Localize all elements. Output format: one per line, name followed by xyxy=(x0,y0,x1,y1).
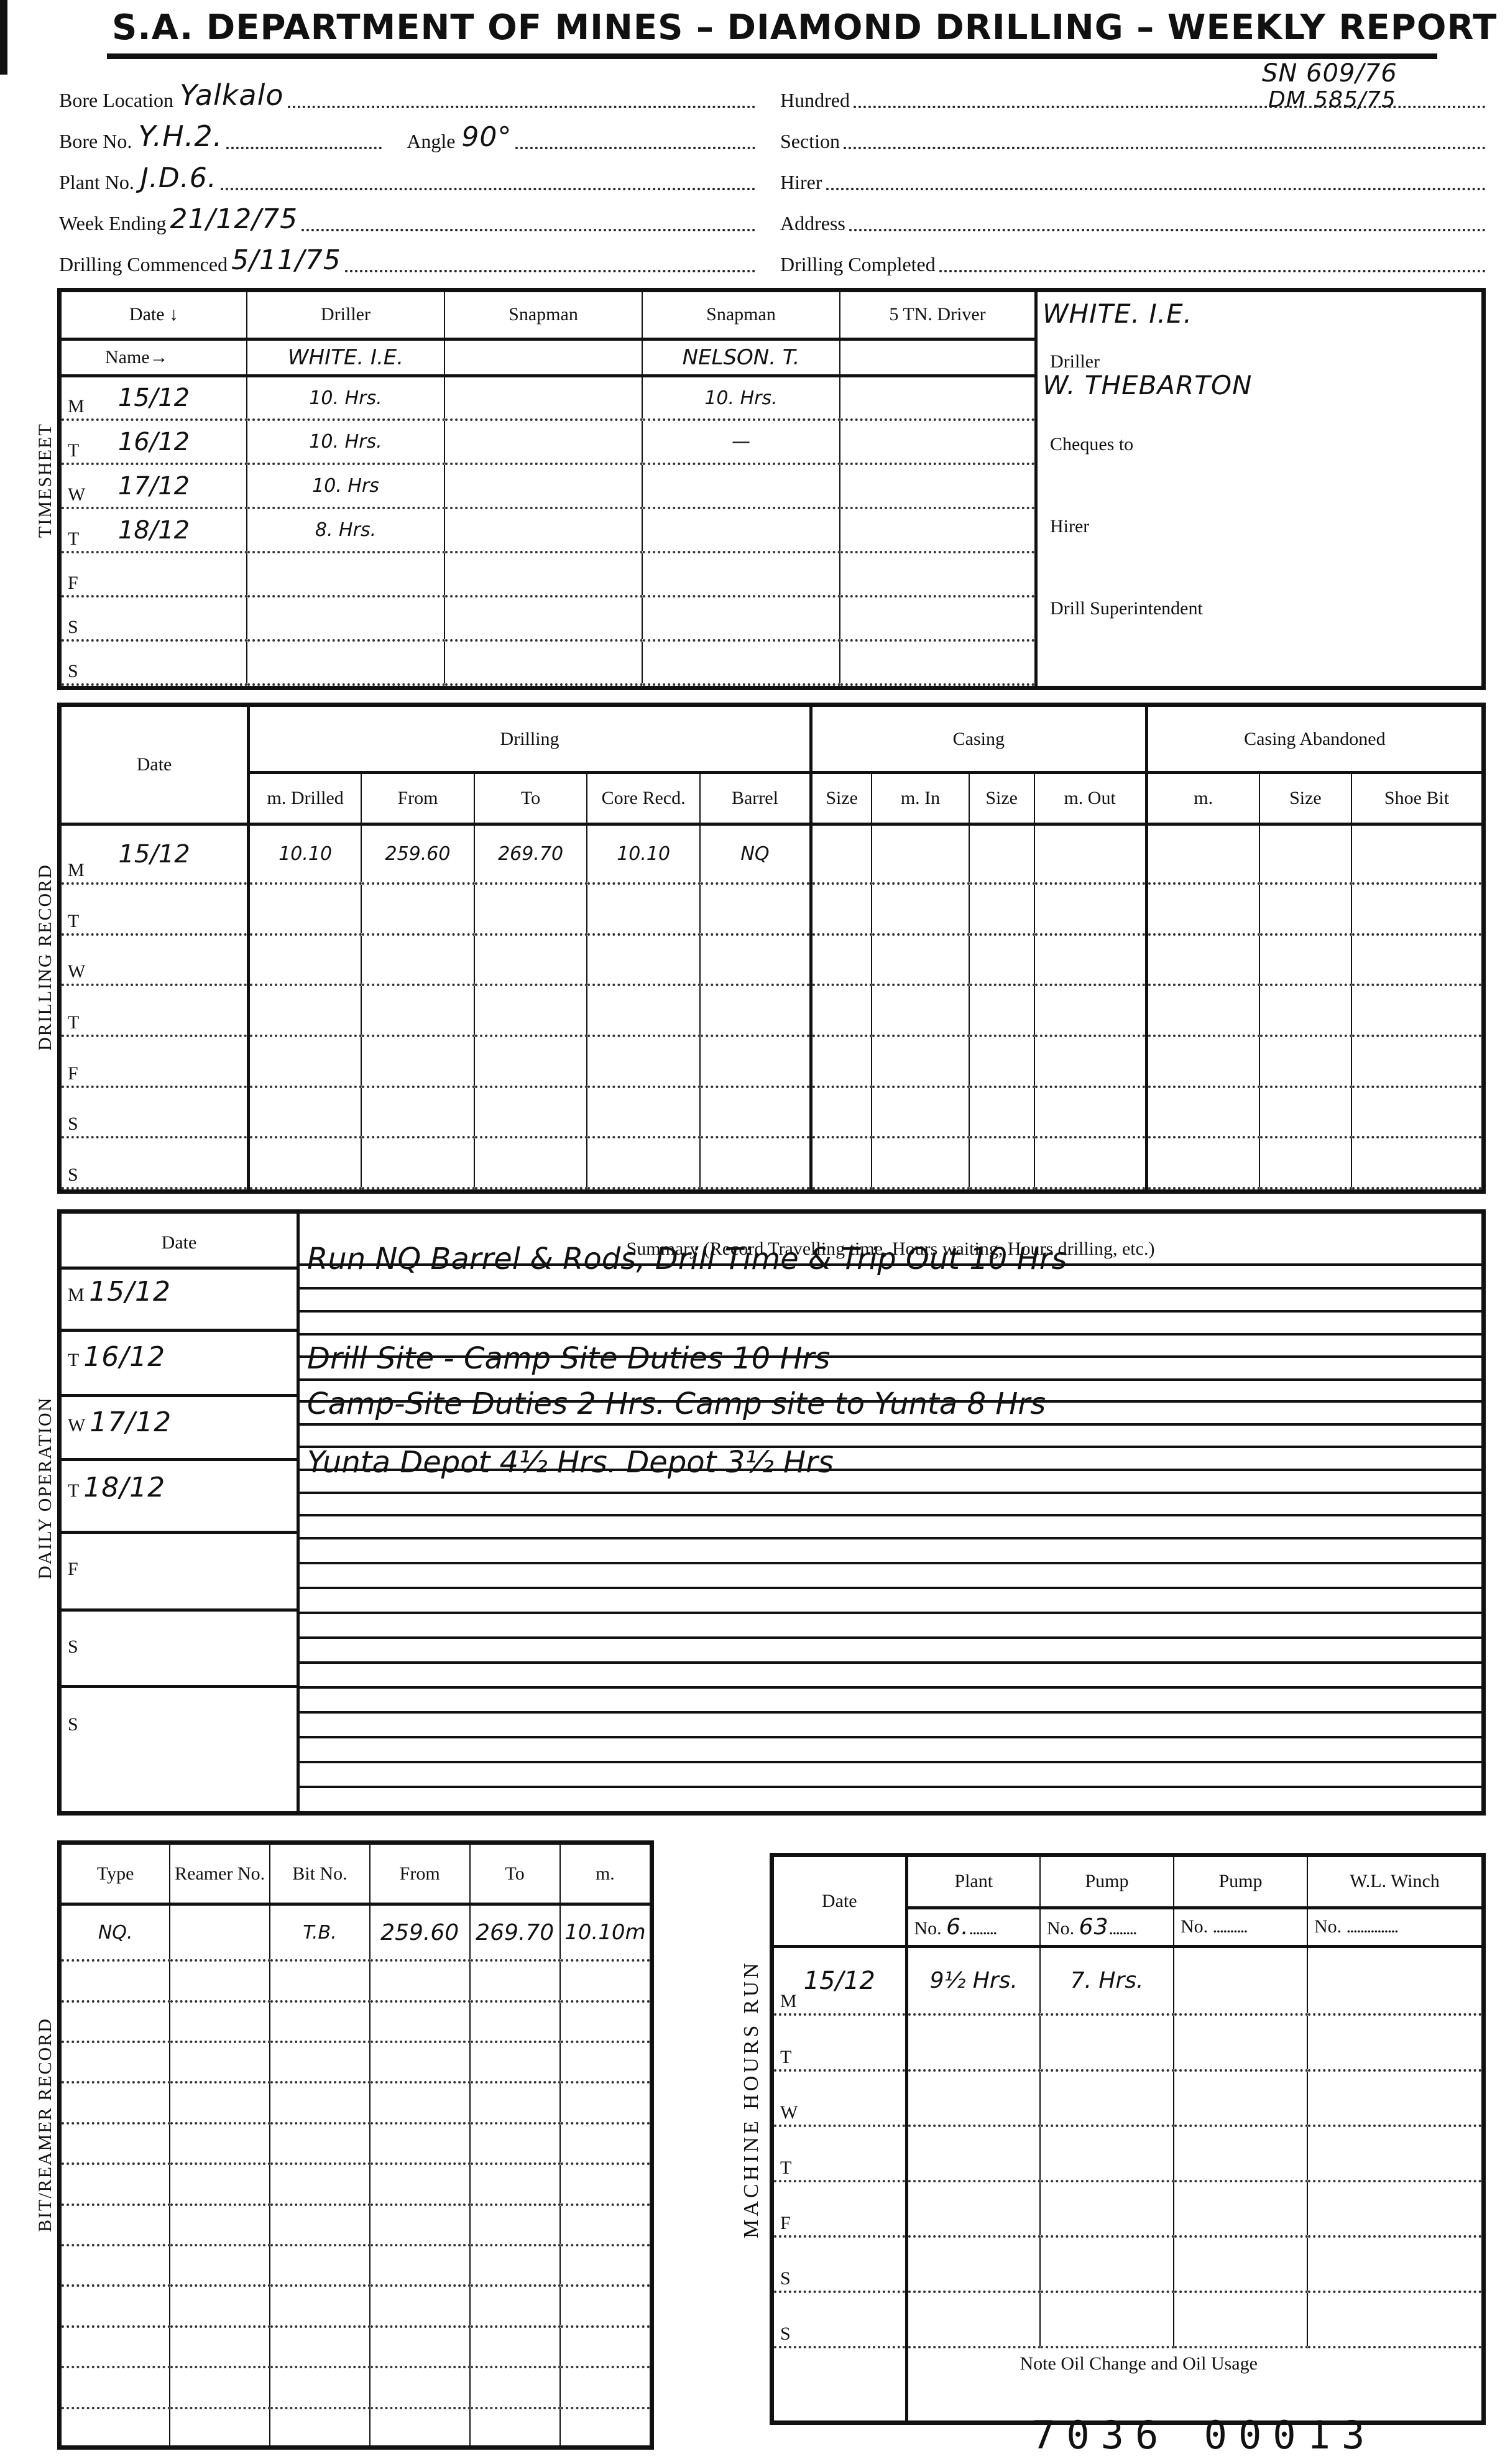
ops-entry-4[interactable]: Yunta Depot 4½ Hrs. Depot 3½ Hrs xyxy=(307,1445,834,1480)
hirer-signature-label: Hirer xyxy=(1050,516,1089,537)
address-field[interactable]: Address xyxy=(780,210,1486,235)
col-date: Date xyxy=(62,1232,297,1253)
hirer-field[interactable]: Hirer xyxy=(780,169,1486,194)
drilling-row: F xyxy=(62,1036,1481,1087)
bore-no-field[interactable]: Bore No. Y.H.2. Angle 90° xyxy=(59,128,755,153)
col-casing-size-in: Size xyxy=(811,773,872,824)
col-pump-1: Pump xyxy=(1040,1857,1174,1908)
title-underline xyxy=(107,53,1437,59)
driller-signature-label: Driller xyxy=(1050,351,1100,372)
timesheet-row: S xyxy=(62,596,1034,640)
field-value: 21/12/75 xyxy=(170,203,298,235)
bit-row xyxy=(62,2408,650,2445)
machine-row: S xyxy=(774,2292,1481,2347)
col-to: To xyxy=(474,773,587,824)
field-label: Week Ending xyxy=(59,212,166,235)
col-core-recd: Core Recd. xyxy=(587,773,700,824)
group-casing: Casing xyxy=(811,707,1146,773)
cheques-to-label: Cheques to xyxy=(1050,434,1133,455)
wl-winch-no[interactable]: No. ............... xyxy=(1307,1908,1481,1947)
ops-day-f[interactable]: F xyxy=(68,1559,78,1580)
ops-entry-2[interactable]: Drill Site - Camp Site Duties 10 Hrs xyxy=(307,1341,830,1376)
drilling-commenced-field[interactable]: Drilling Commenced 5/11/75 xyxy=(59,251,755,276)
col-from: From xyxy=(370,1845,470,1904)
bit-row xyxy=(62,2286,650,2326)
timesheet-table: Date ↓ Driller Snapman Snapman 5 TN. Dri… xyxy=(62,292,1034,686)
bit-row: NQ. T.B. 259.60 269.70 10.10m xyxy=(62,1904,650,1961)
col-wl-winch: W.L. Winch xyxy=(1307,1857,1481,1908)
driller-name[interactable]: WHITE. I.E. xyxy=(247,339,444,376)
group-casing-abandoned: Casing Abandoned xyxy=(1146,707,1481,773)
col-date: Date xyxy=(62,707,249,824)
drilling-row: T xyxy=(62,884,1481,934)
col-m-in: m. In xyxy=(872,773,969,824)
col-pump-2: Pump xyxy=(1174,1857,1307,1908)
col-to: To xyxy=(470,1845,560,1904)
pump-1-no[interactable]: No. 63........ xyxy=(1040,1908,1174,1947)
timesheet-row: S xyxy=(62,640,1034,685)
col-m: m. xyxy=(560,1845,650,1904)
machine-row: T xyxy=(774,2126,1481,2181)
col-date: Date xyxy=(774,1857,906,1947)
timesheet-row: T18/12 8. Hrs. xyxy=(62,508,1034,552)
snapman-2-name[interactable]: NELSON. T. xyxy=(642,339,840,376)
col-m-drilled: m. Drilled xyxy=(249,773,362,824)
bit-row xyxy=(62,2082,650,2123)
name-row-label: Name→ xyxy=(62,339,247,376)
snapman-1-name[interactable] xyxy=(444,339,642,376)
bit-row xyxy=(62,1960,650,2001)
col-casing-size-out: Size xyxy=(969,773,1034,824)
col-abandoned-m: m. xyxy=(1146,773,1259,824)
drilling-row: S xyxy=(62,1137,1481,1188)
daily-operation-box: Date M 15/12 T 16/12 W 17/12 T 18/12 F S… xyxy=(57,1209,1486,1816)
bit-row xyxy=(62,2367,650,2407)
col-type: Type xyxy=(62,1845,170,1904)
drill-superintendent-label: Drill Superintendent xyxy=(1050,598,1203,619)
machine-row: F xyxy=(774,2181,1481,2236)
col-driller: Driller xyxy=(247,292,444,339)
document-number: 7036 00013 xyxy=(1032,2412,1376,2458)
signature-top: WHITE. I.E. xyxy=(1043,298,1192,329)
pump-2-no[interactable]: No. .......... xyxy=(1174,1908,1307,1947)
drilling-completed-field[interactable]: Drilling Completed xyxy=(780,251,1486,276)
angle-label: Angle xyxy=(407,130,455,153)
machine-row: S xyxy=(774,2236,1481,2292)
field-value: Yalkalo xyxy=(180,78,284,112)
machine-hours-section-label: MACHINE HOURS RUN xyxy=(740,1960,763,2238)
driver-name[interactable] xyxy=(840,339,1034,376)
timesheet-row: T16/12 10. Hrs. — xyxy=(62,420,1034,464)
angle-value: 90° xyxy=(461,121,512,153)
timesheet-row: W17/12 10. Hrs xyxy=(62,464,1034,508)
drilling-record-table: Date Drilling Casing Casing Abandoned m.… xyxy=(62,707,1481,1189)
page-title: S.A. DEPARTMENT OF MINES – DIAMOND DRILL… xyxy=(112,7,1436,48)
drilling-row: S xyxy=(62,1087,1481,1138)
bit-row xyxy=(62,2327,650,2367)
col-snapman-2: Snapman xyxy=(642,292,840,339)
driller-signature-value[interactable]: W. THEBARTON xyxy=(1043,370,1252,400)
col-shoe-bit: Shoe Bit xyxy=(1351,773,1481,824)
plant-no[interactable]: No. 6......... xyxy=(906,1908,1040,1947)
bit-row xyxy=(62,2123,650,2164)
ops-day-s2[interactable]: S xyxy=(68,1714,78,1735)
bit-row xyxy=(62,2245,650,2286)
field-label: Bore Location xyxy=(59,89,173,112)
signature-panel: WHITE. I.E. Driller W. THEBARTON Cheques… xyxy=(1034,292,1485,686)
machine-row: M15/12 9½ Hrs. 7. Hrs. xyxy=(774,1947,1481,2014)
plant-no-field[interactable]: Plant No. J.D.6. xyxy=(59,169,755,194)
col-date: Date ↓ xyxy=(62,292,247,339)
hundred-field[interactable]: Hundred xyxy=(780,87,1486,112)
col-reamer-no: Reamer No. xyxy=(170,1845,270,1904)
machine-row: T xyxy=(774,2014,1481,2070)
bit-row xyxy=(62,2042,650,2082)
col-bit-no: Bit No. xyxy=(270,1845,370,1904)
bit-reamer-section-label: BIT/REAMER RECORD xyxy=(35,2018,56,2232)
drilling-row: W xyxy=(62,934,1481,985)
group-drilling: Drilling xyxy=(249,707,811,773)
timesheet-section-label: TIMESHEET xyxy=(35,423,56,538)
timesheet-row: F xyxy=(62,552,1034,596)
machine-hours-table: Date Plant Pump Pump W.L. Winch No. 6...… xyxy=(774,1857,1481,2420)
reference-number-1: SN 609/76 xyxy=(1262,59,1397,88)
corner-mark xyxy=(0,0,7,75)
bit-row xyxy=(62,2001,650,2042)
field-label: Plant No. xyxy=(59,171,134,194)
drilling-record-box: Date Drilling Casing Casing Abandoned m.… xyxy=(57,703,1486,1194)
ops-date-column: Date M 15/12 T 16/12 W 17/12 T 18/12 F S… xyxy=(62,1214,300,1811)
col-barrel: Barrel xyxy=(700,773,811,824)
col-m-out: m. Out xyxy=(1034,773,1147,824)
section-field[interactable]: Section xyxy=(780,128,1486,153)
ops-day-t[interactable]: T 16/12 xyxy=(68,1341,165,1373)
ops-entry-1[interactable]: Run NQ Barrel & Rods, Drill Time & Trip … xyxy=(307,1242,1067,1276)
daily-operation-section-label: DAILY OPERATION xyxy=(35,1397,56,1579)
ops-day-m[interactable]: M 15/12 xyxy=(68,1276,171,1308)
ops-day-t2[interactable]: T 18/12 xyxy=(68,1472,165,1503)
ops-entry-3[interactable]: Camp-Site Duties 2 Hrs. Camp site to Yun… xyxy=(307,1387,1046,1421)
col-snapman-1: Snapman xyxy=(444,292,642,339)
bit-row xyxy=(62,2164,650,2204)
timesheet-row: M15/12 10. Hrs. 10. Hrs. xyxy=(62,376,1034,420)
col-5tn-driver: 5 TN. Driver xyxy=(840,292,1034,339)
left-fields: Bore Location Yalkalo Bore No. Y.H.2. An… xyxy=(59,87,755,276)
oil-note[interactable]: Note Oil Change and Oil Usage xyxy=(906,2347,1481,2420)
drilling-record-section-label: DRILLING RECORD xyxy=(35,864,56,1051)
col-abandoned-size: Size xyxy=(1259,773,1351,824)
machine-row: W xyxy=(774,2070,1481,2126)
field-value: 5/11/75 xyxy=(231,244,341,276)
col-plant: Plant xyxy=(906,1857,1040,1908)
ops-day-w[interactable]: W 17/12 xyxy=(68,1406,172,1438)
field-value: Y.H.2. xyxy=(138,119,223,153)
field-value: J.D.6. xyxy=(140,162,217,194)
ops-day-s[interactable]: S xyxy=(68,1636,78,1658)
col-from: From xyxy=(361,773,474,824)
bit-reamer-box: Type Reamer No. Bit No. From To m. NQ. T… xyxy=(57,1840,654,2450)
field-label: Drilling Commenced xyxy=(59,253,228,276)
machine-hours-box: Date Plant Pump Pump W.L. Winch No. 6...… xyxy=(770,1853,1486,2425)
drilling-row: T xyxy=(62,985,1481,1036)
bit-row xyxy=(62,2205,650,2245)
bore-location-field[interactable]: Bore Location Yalkalo xyxy=(59,87,755,112)
right-fields: Hundred Section Hirer Address Drilling C… xyxy=(780,87,1486,276)
week-ending-field[interactable]: Week Ending 21/12/75 xyxy=(59,210,755,235)
timesheet-box: Date ↓ Driller Snapman Snapman 5 TN. Dri… xyxy=(57,288,1486,690)
drilling-row: M15/12 10.10 259.60 269.70 10.10 NQ xyxy=(62,824,1481,884)
bit-reamer-table: Type Reamer No. Bit No. From To m. NQ. T… xyxy=(62,1845,650,2445)
field-label: Bore No. xyxy=(59,130,132,153)
